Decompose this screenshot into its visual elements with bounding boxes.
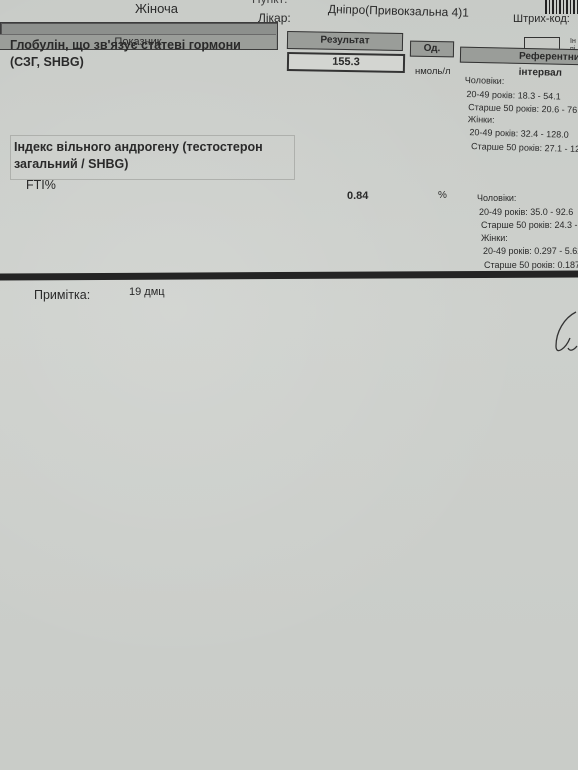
ref-line: 20-49 років: 18.3 - 54.1	[466, 89, 578, 104]
note-label: Примітка:	[34, 288, 90, 302]
ref-line: Жінки:	[481, 233, 578, 245]
test-1-reference: Чоловіки: 20-49 років: 18.3 - 54.1 Старш…	[463, 75, 578, 155]
barcode-image	[545, 0, 578, 14]
ref-line: 20-49 років: 32.4 - 128.0	[469, 127, 578, 142]
result-header: Результат	[287, 31, 403, 51]
test-2-result: 0.84	[347, 190, 368, 202]
test-1-result: 155.3	[287, 52, 405, 73]
test-2-reference: Чоловіки: 20-49 років: 35.0 - 92.6 Старш…	[477, 193, 578, 271]
test-2-name-line2: загальний / SHBG)	[14, 156, 128, 172]
unit-header: Од.	[410, 41, 454, 58]
test-1-name-line2: (СЗГ, SHBG)	[10, 54, 84, 70]
point-label: Пункт:	[252, 0, 287, 6]
test-1-name-line1: Глобулін, що зв'язує статеві гормони	[10, 37, 241, 53]
test-1-unit: нмоль/л	[415, 66, 451, 77]
ref-line: Чоловіки:	[477, 193, 578, 205]
side-partial-1: Ін	[570, 38, 576, 45]
test-2-name-line1: Індекс вільного андрогену (тестостерон	[14, 139, 263, 155]
ref-line: Старше 50 років: 24.3 - 72	[481, 220, 578, 232]
ref-line: 20-49 років: 0.297 - 5.62	[483, 246, 578, 258]
location-value: Дніпро(Привокзальна 4)1	[328, 2, 469, 20]
gender-value: Жіноча	[135, 1, 178, 16]
barcode-label: Штрих-код:	[513, 13, 570, 25]
test-2-code: FTI%	[26, 178, 56, 192]
ref-line: Старше 50 років: 27.1 - 128.0	[471, 141, 578, 156]
test-2-unit: %	[438, 190, 447, 201]
signature-icon	[550, 308, 578, 358]
reference-header: Референтний інтервал	[460, 47, 578, 66]
ref-line: Старше 50 років: 0.187 -	[484, 260, 578, 272]
lab-report-page: Жіноча Пункт: Лікар: Дніпро(Привокзальна…	[0, 0, 578, 770]
ref-line: 20-49 років: 35.0 - 92.6	[479, 207, 578, 219]
ref-line: Чоловіки:	[465, 75, 578, 90]
note-value: 19 дмц	[129, 286, 165, 298]
section-divider	[0, 270, 578, 280]
